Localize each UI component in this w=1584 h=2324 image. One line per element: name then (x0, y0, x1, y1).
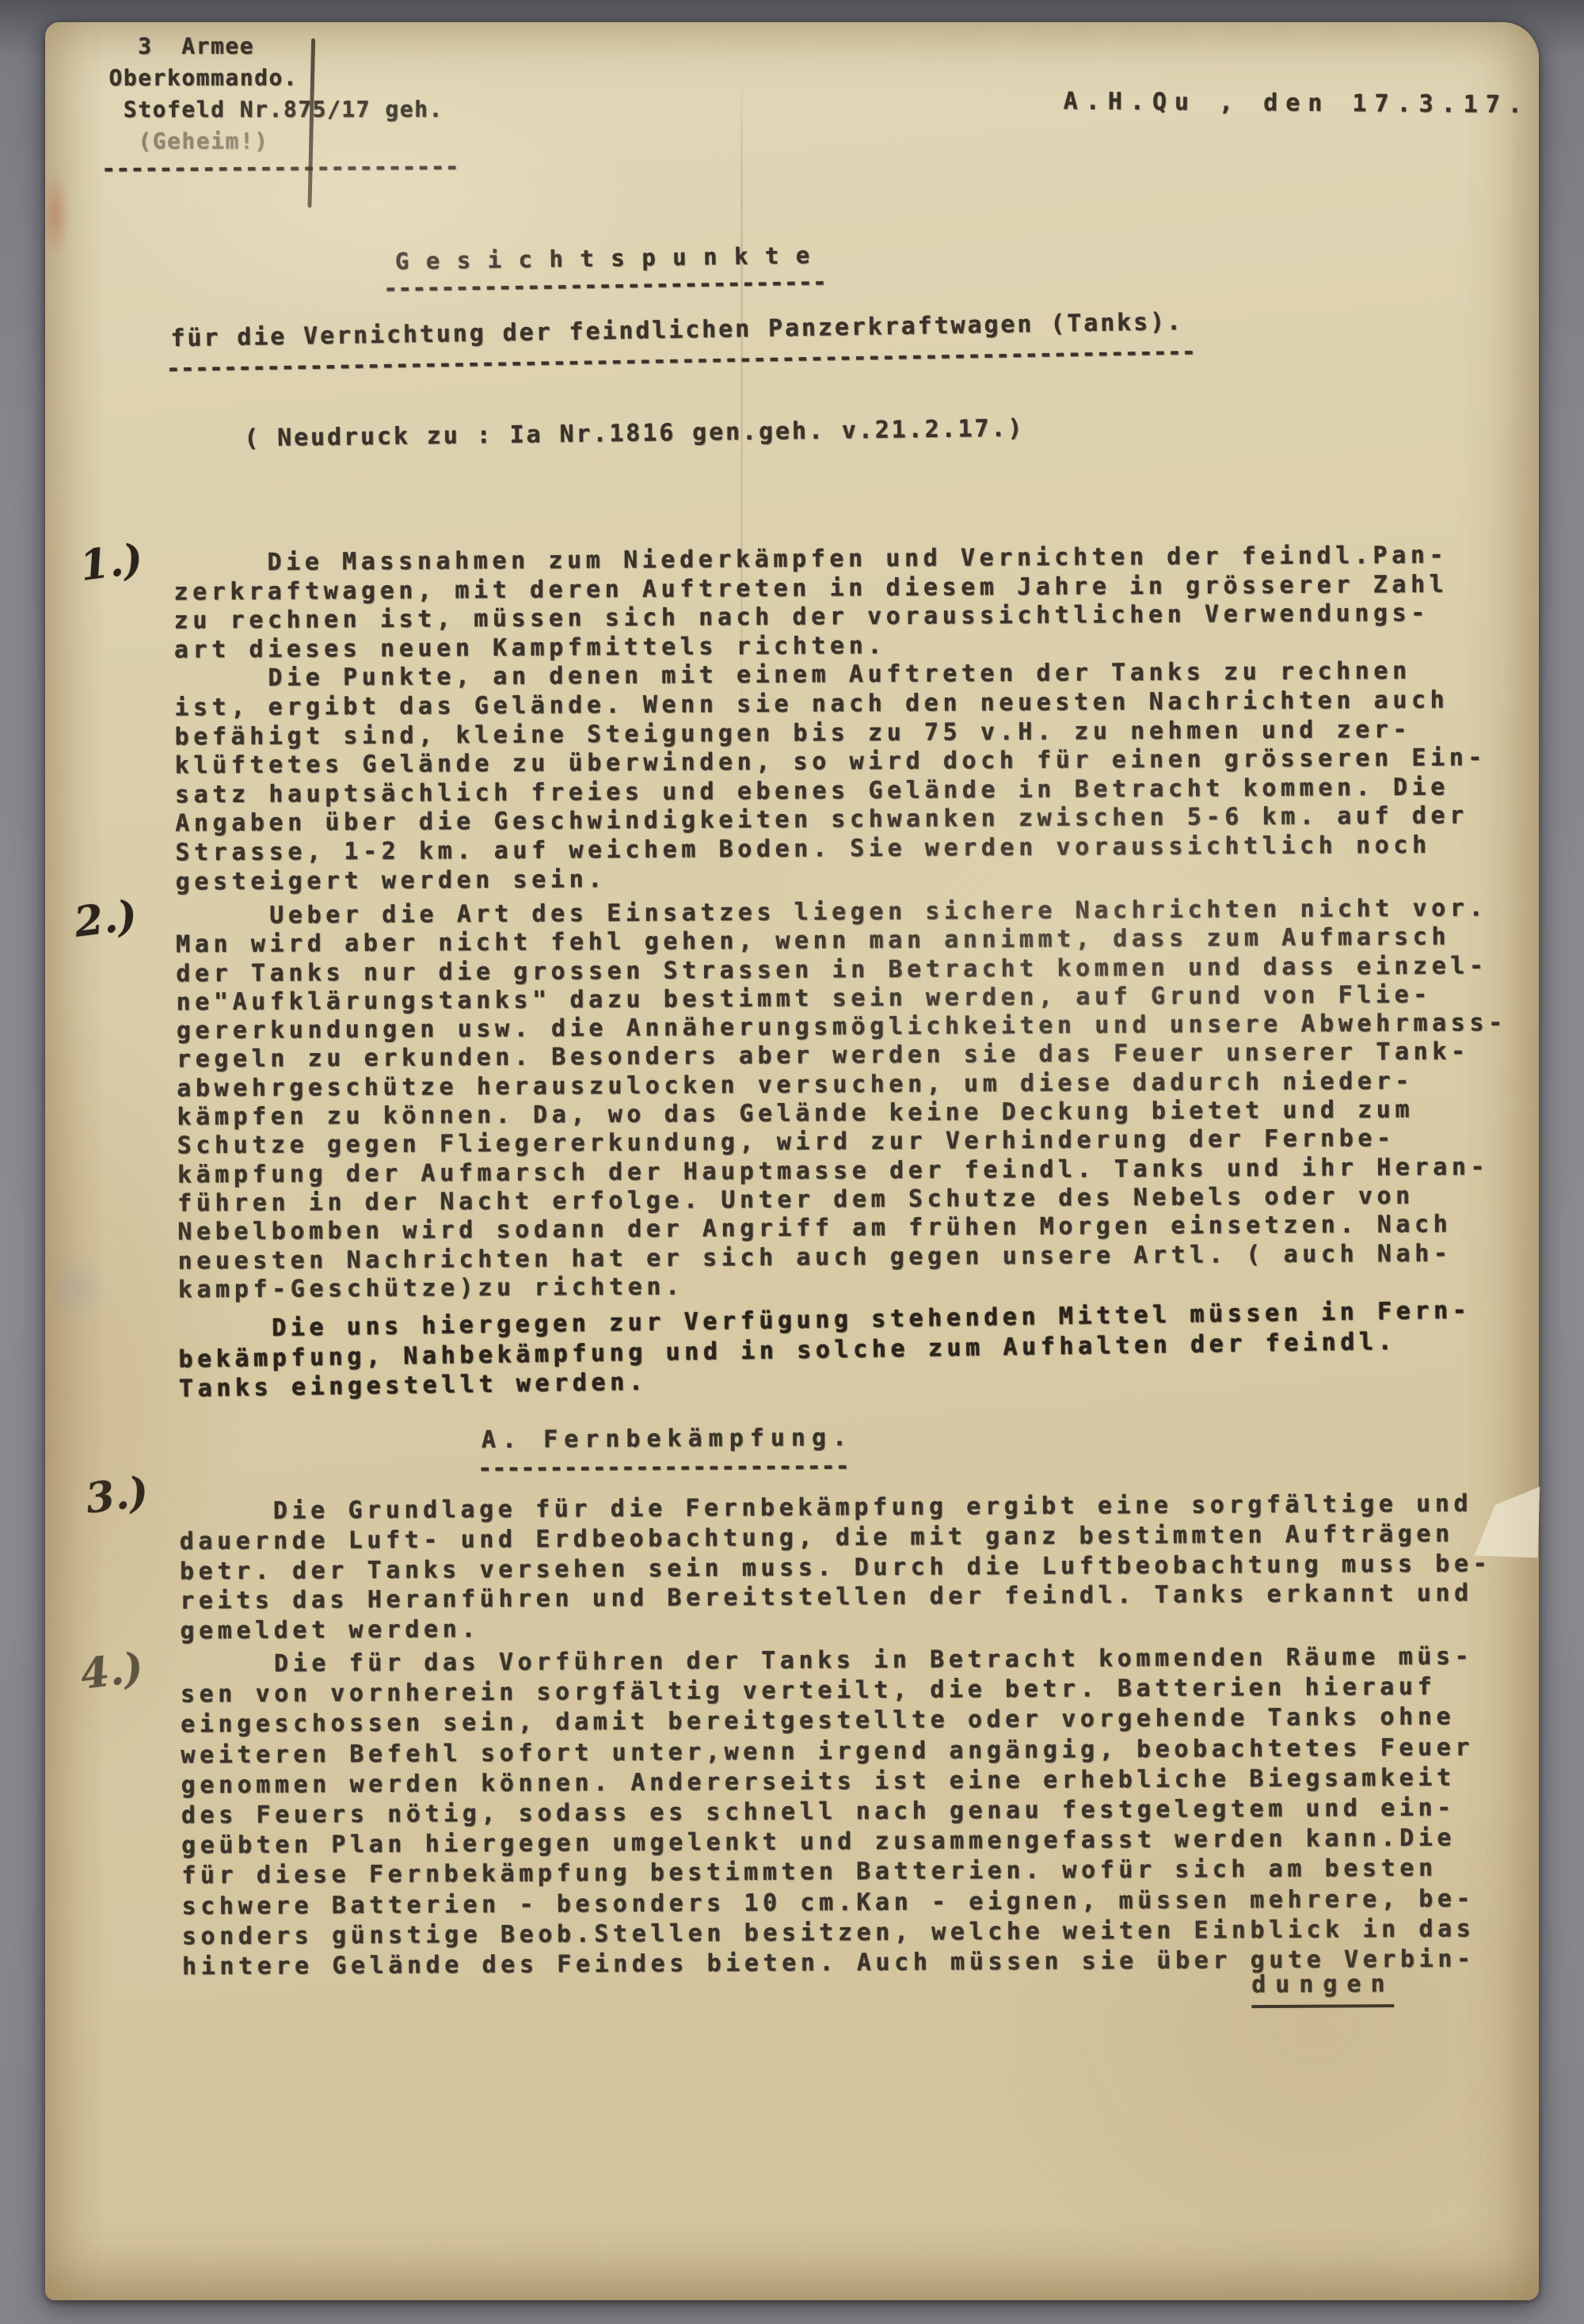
letterhead-unit-number: 3 Armee (109, 30, 443, 62)
subtitle-rule: ----------------------------------------… (166, 346, 1197, 376)
document-page: 3 Armee Oberkommando. Stofeld Nr.875/17 … (45, 22, 1539, 2300)
letterhead-unit-command: Oberkommando. (109, 62, 444, 93)
handwritten-section-number-4: 4.) (78, 1643, 146, 1699)
part-a-heading: A. Fernbekämpfung. (482, 1424, 853, 1454)
dateline: A.H.Qu , den 17.3.17. (1064, 87, 1531, 119)
typewritten-content: 3 Armee Oberkommando. Stofeld Nr.875/17 … (45, 15, 1553, 2302)
letterhead-rule: ------------------------- (101, 161, 459, 176)
handwritten-section-number-1: 1.) (78, 534, 146, 591)
part-a-rule: -------------------------- (478, 1460, 850, 1475)
section-4-text: Die für das Vorführen der Tanks in Betra… (181, 1641, 1475, 1982)
letterhead: 3 Armee Oberkommando. Stofeld Nr.875/17 … (109, 30, 443, 157)
title-rule: ------------------------------- (383, 276, 827, 295)
catchword: dungen (1251, 1970, 1395, 2008)
letterhead-file-number: Stofeld Nr.875/17 geh. (109, 93, 444, 125)
reference-note: ( Neudruck zu : Ia Nr.1816 gen.geh. v.21… (244, 414, 1025, 452)
section-2-text: Ueber die Art des Einsatzes liegen siche… (176, 894, 1509, 1304)
handwritten-section-number-3: 3.) (83, 1467, 151, 1523)
section-1-text: Die Massnahmen zum Niederkämpfen und Ver… (173, 541, 1487, 896)
section-3-text: Die Grundlage für die Fernbekämpfung erg… (179, 1489, 1491, 1646)
handwritten-section-number-2: 2.) (71, 891, 139, 947)
section-2-closing-text: Die uns hiergegen zur Verfügung stehende… (178, 1295, 1472, 1404)
